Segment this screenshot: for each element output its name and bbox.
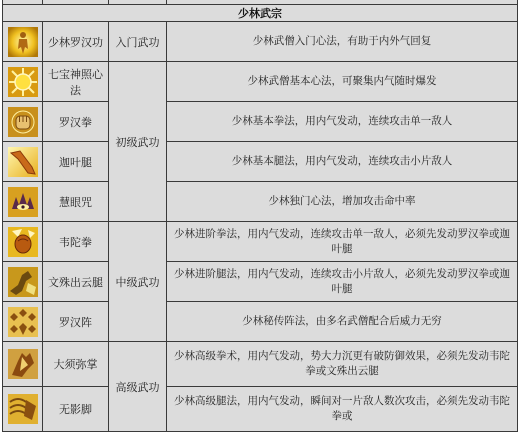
table-row: 文殊出云腿 少林进阶腿法，用内气发动，连续攻击小片敌人，必须先发动罗汉拳或迦叶腿 bbox=[3, 262, 518, 302]
skill-description: 少林武僧入门心法，有助于内外气回复 bbox=[167, 22, 518, 62]
table-row: 迦叶腿 少林基本腿法，用内气发动，连续攻击小片敌人 bbox=[3, 142, 518, 182]
wisdom-eye-icon bbox=[8, 187, 38, 217]
table-row: 韦陀拳 中级武功 少林进阶拳法，用内气发动，连续攻击单一敌人，必须先发动罗汉拳或… bbox=[3, 222, 518, 262]
skill-name: 七宝神照心法 bbox=[43, 62, 109, 102]
skill-name: 罗汉阵 bbox=[43, 302, 109, 342]
table-header-row: 少林武宗 bbox=[3, 5, 518, 22]
kick-leg-icon bbox=[8, 147, 38, 177]
skill-level-intermediate: 中级武功 bbox=[109, 222, 167, 342]
skill-level-advanced: 高级武功 bbox=[109, 342, 167, 401]
shadowless-kick-icon bbox=[8, 394, 38, 400]
skill-name: 无影脚 bbox=[43, 387, 109, 401]
skill-description: 少林基本拳法，用内气发动，连续攻击单一敌人 bbox=[167, 102, 518, 142]
table-row: 罗汉拳 少林基本拳法，用内气发动，连续攻击单一敌人 bbox=[3, 102, 518, 142]
shaolin-skill-table: 少林武宗 少林罗汉功 入门武功 少林武僧入门心法，有助于内外气回复 七宝神照心法… bbox=[2, 0, 518, 400]
skill-level-entry: 入门武功 bbox=[109, 22, 167, 62]
flaming-fist-icon bbox=[8, 227, 38, 257]
skill-level-beginner: 初级武功 bbox=[109, 62, 167, 222]
skill-name: 韦陀拳 bbox=[43, 222, 109, 262]
skill-name: 迦叶腿 bbox=[43, 142, 109, 182]
skill-name: 文殊出云腿 bbox=[43, 262, 109, 302]
skill-description: 少林基本腿法，用内气发动，连续攻击小片敌人 bbox=[167, 142, 518, 182]
cloud-kick-icon bbox=[8, 267, 38, 297]
fist-icon bbox=[8, 107, 38, 137]
skill-description: 少林高级腿法，用内气发动，瞬间对一片敌人数次攻击，必须先发动韦陀拳或 bbox=[167, 387, 518, 401]
skill-description: 少林武僧基本心法，可聚集内气随时爆发 bbox=[167, 62, 518, 102]
table-row: 七宝神照心法 初级武功 少林武僧基本心法，可聚集内气随时爆发 bbox=[3, 62, 518, 102]
skill-description: 少林进阶拳法，用内气发动，连续攻击单一敌人，必须先发动罗汉拳或迦叶腿 bbox=[167, 222, 518, 262]
table-row: 少林罗汉功 入门武功 少林武僧入门心法，有助于内外气回复 bbox=[3, 22, 518, 62]
skill-table-container: 少林武宗 少林罗汉功 入门武功 少林武僧入门心法，有助于内外气回复 七宝神照心法… bbox=[0, 0, 518, 400]
skill-description: 少林进阶腿法，用内气发动，连续攻击小片敌人，必须先发动罗汉拳或迦叶腿 bbox=[167, 262, 518, 302]
skill-description: 少林秘传阵法，由多名武僧配合后威力无穷 bbox=[167, 302, 518, 342]
table-row: 罗汉阵 少林秘传阵法，由多名武僧配合后威力无穷 bbox=[3, 302, 518, 342]
monk-meditation-icon bbox=[8, 27, 38, 57]
skill-name: 罗汉拳 bbox=[43, 102, 109, 142]
skill-name: 大须弥掌 bbox=[43, 342, 109, 387]
skill-description: 少林独门心法，增加攻击命中率 bbox=[167, 182, 518, 222]
skill-name: 慧眼咒 bbox=[43, 182, 109, 222]
table-title: 少林武宗 bbox=[3, 5, 518, 22]
skill-name: 少林罗汉功 bbox=[43, 22, 109, 62]
skill-description: 少林高级拳术，用内气发动，势大力沉更有破防御效果，必须先发动韦陀拳或文殊出云腿 bbox=[167, 342, 518, 387]
sun-burst-icon bbox=[8, 67, 38, 97]
table-row: 慧眼咒 少林独门心法，增加攻击命中率 bbox=[3, 182, 518, 222]
table-row: 大须弥掌 高级武功 少林高级拳术，用内气发动，势大力沉更有破防御效果，必须先发动… bbox=[3, 342, 518, 387]
formation-icon bbox=[8, 307, 38, 337]
table-row: 无影脚 少林高级腿法，用内气发动，瞬间对一片敌人数次攻击，必须先发动韦陀拳或 bbox=[3, 387, 518, 401]
great-palm-icon bbox=[8, 349, 38, 379]
